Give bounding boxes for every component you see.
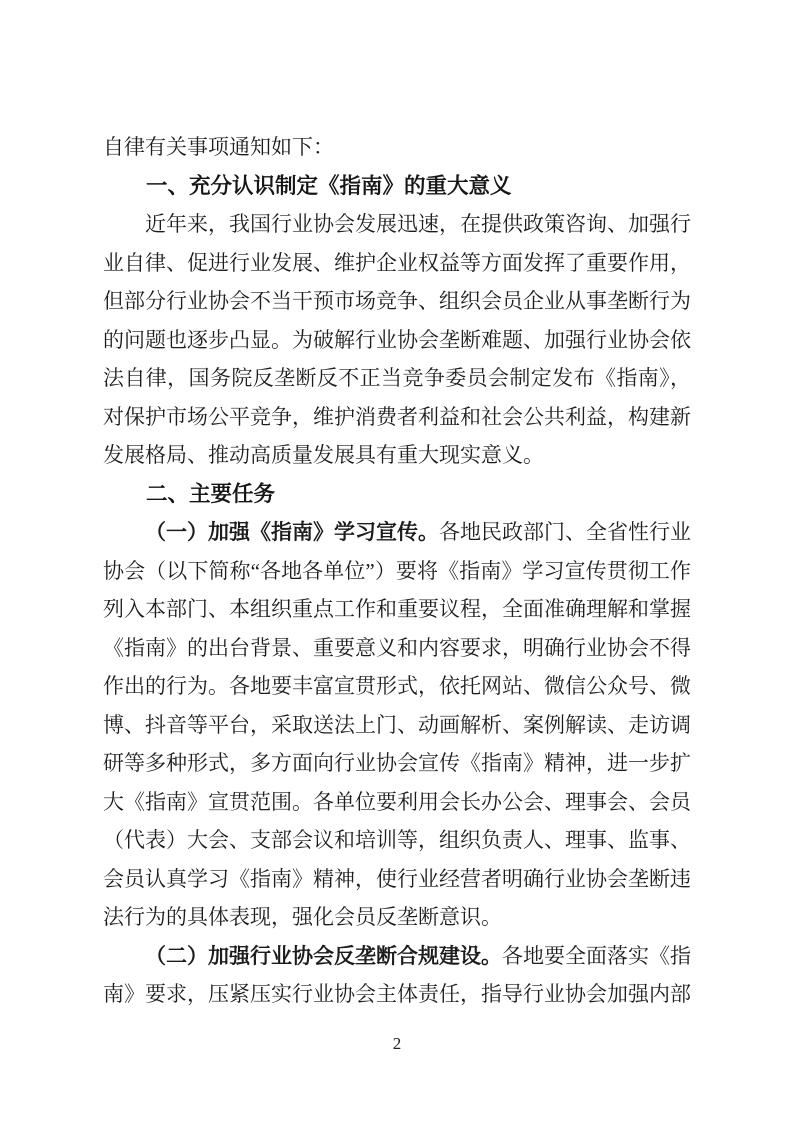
item-1-paragraph: （一）加强《指南》学习宣传。各地民政部门、全省性行业协会（以下简称“各地各单位”…	[103, 513, 691, 937]
section-1-paragraph: 近年来，我国行业协会发展迅速，在提供政策咨询、加强行业自律、促进行业发展、维护企…	[103, 205, 691, 475]
document-page: 自律有关事项通知如下： 一、充分认识制定《指南》的重大意义 近年来，我国行业协会…	[0, 0, 794, 1123]
item-2-lead: （二）加强行业协会反垄断合规建设。	[145, 944, 502, 968]
intro-paragraph: 自律有关事项通知如下：	[103, 128, 691, 167]
item-1-lead: （一）加强《指南》学习宣传。	[145, 520, 439, 544]
document-body: 自律有关事项通知如下： 一、充分认识制定《指南》的重大意义 近年来，我国行业协会…	[103, 128, 691, 1014]
section-2-heading: 二、主要任务	[103, 475, 691, 514]
item-1-body-text: 各地民政部门、全省性行业协会（以下简称“各地各单位”）要将《指南》学习宣传贯彻工…	[103, 520, 691, 929]
item-2-paragraph: （二）加强行业协会反垄断合规建设。各地要全面落实《指南》要求，压紧压实行业协会主…	[103, 937, 691, 1014]
section-1-heading: 一、充分认识制定《指南》的重大意义	[103, 167, 691, 206]
page-number: 2	[0, 1032, 794, 1056]
